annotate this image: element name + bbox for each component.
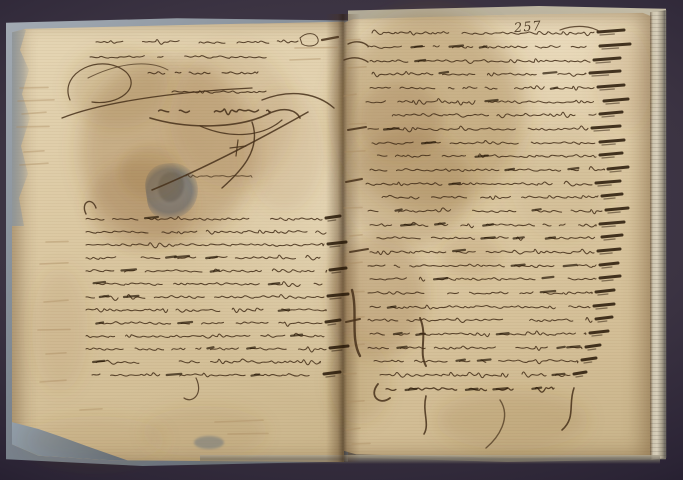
damage-left-edge bbox=[12, 26, 32, 226]
damage-spot bbox=[194, 436, 224, 449]
page-number: 257 bbox=[513, 19, 542, 36]
page-stack-edge-right bbox=[650, 10, 667, 460]
binding-gutter bbox=[326, 14, 360, 462]
right-page: 257 bbox=[344, 12, 652, 458]
page-stack-edge-bottom bbox=[200, 455, 660, 464]
manuscript-scan: 257 bbox=[0, 0, 683, 480]
left-page bbox=[12, 20, 344, 462]
